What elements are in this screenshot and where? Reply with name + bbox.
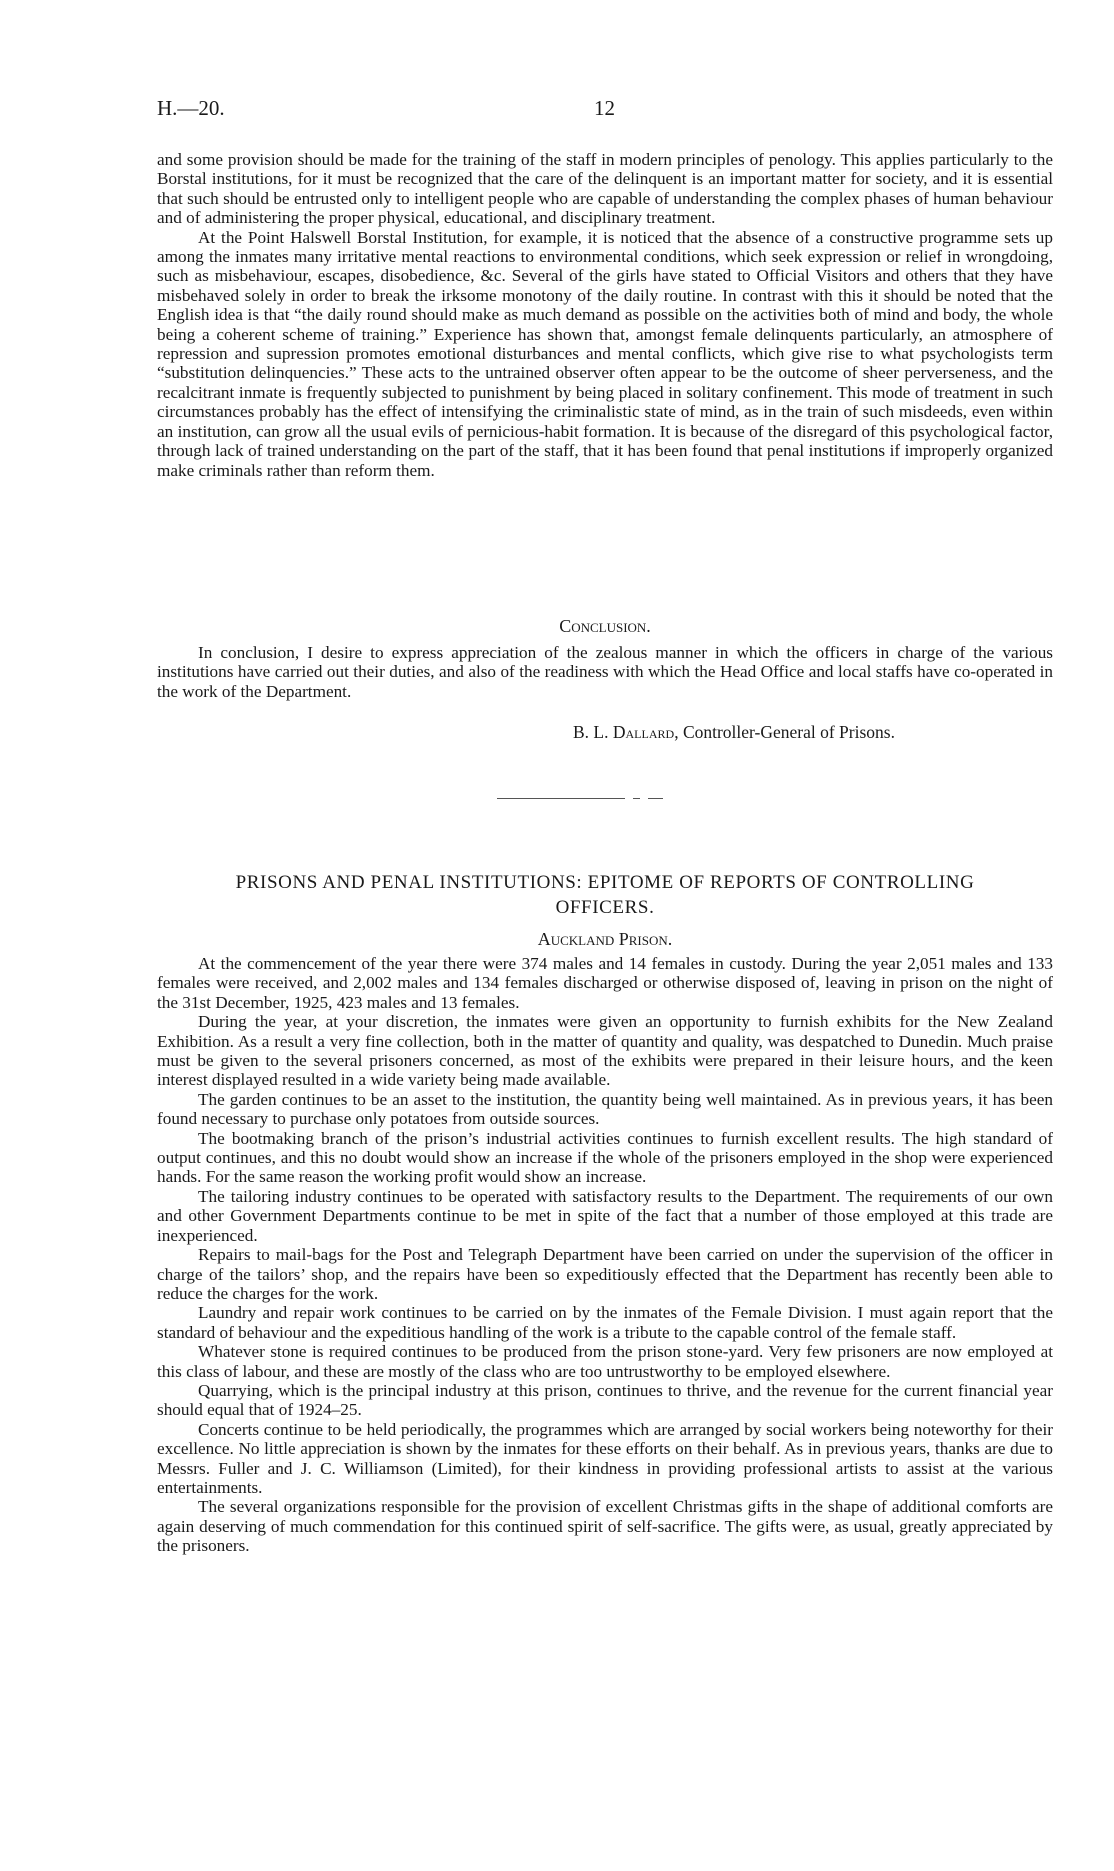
signature-initials: B. L. [573, 722, 613, 742]
paragraph: In conclusion, I desire to express appre… [157, 643, 1053, 701]
paragraph: Whatever stone is required continues to … [157, 1342, 1053, 1381]
paragraph: Quarrying, which is the principal indust… [157, 1381, 1053, 1420]
paragraph: At the Point Halswell Borstal Institutio… [157, 228, 1053, 480]
paragraph: The tailoring industry continues to be o… [157, 1187, 1053, 1245]
signature-title: , Controller-General of Prisons. [674, 722, 895, 742]
paragraph: The garden continues to be an asset to t… [157, 1090, 1053, 1129]
epitome-title-line2: OFFICERS. [157, 895, 1053, 920]
auckland-prison-heading: Auckland Prison. [157, 929, 1053, 949]
conclusion-heading: Conclusion. [157, 616, 1053, 636]
conclusion-section: In conclusion, I desire to express appre… [157, 643, 1053, 701]
section-divider [497, 798, 663, 799]
paragraph: The several organizations responsible fo… [157, 1497, 1053, 1555]
paragraph: Concerts continue to be held periodicall… [157, 1420, 1053, 1498]
page-header: H.—20. 12 [157, 96, 1053, 122]
auckland-prison-report: At the commencement of the year there we… [157, 954, 1053, 1556]
signature-name: Dallard [613, 722, 674, 742]
section-staff-training: and some provision should be made for th… [157, 150, 1053, 480]
paragraph: Laundry and repair work continues to be … [157, 1303, 1053, 1342]
paragraph: The bootmaking branch of the prison’s in… [157, 1129, 1053, 1187]
paragraph: At the commencement of the year there we… [157, 954, 1053, 1012]
paragraph: Repairs to mail-bags for the Post and Te… [157, 1245, 1053, 1303]
signature: B. L. Dallard, Controller-General of Pri… [573, 722, 895, 743]
paragraph: During the year, at your discretion, the… [157, 1012, 1053, 1090]
epitome-title-line1: PRISONS AND PENAL INSTITUTIONS: EPITOME … [157, 870, 1053, 895]
document-reference: H.—20. [157, 96, 225, 121]
epitome-title: PRISONS AND PENAL INSTITUTIONS: EPITOME … [157, 870, 1053, 920]
page-number: 12 [594, 96, 615, 121]
paragraph: and some provision should be made for th… [157, 150, 1053, 228]
